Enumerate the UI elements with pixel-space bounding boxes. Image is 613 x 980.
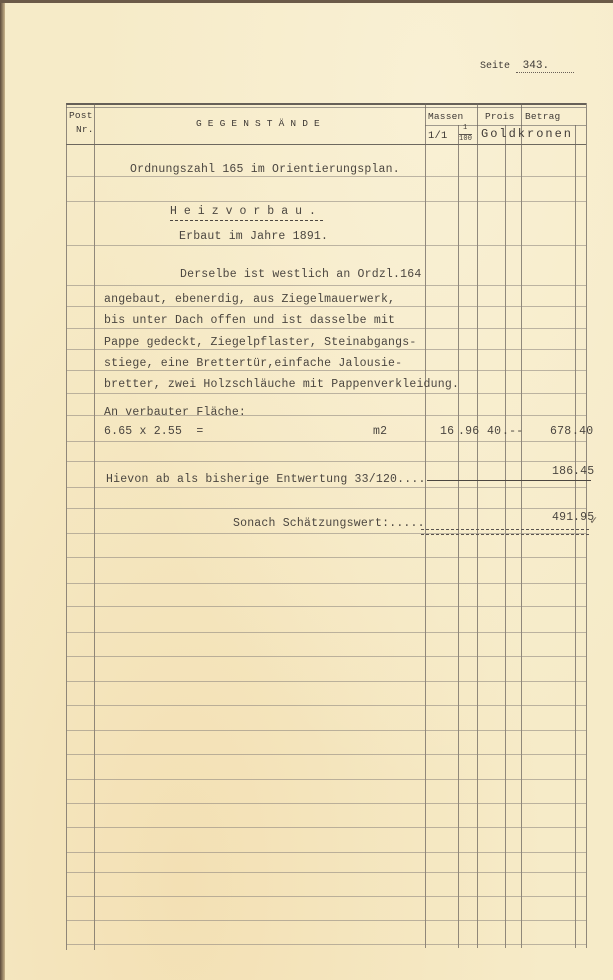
description-line-6: bretter, zwei Holzschläuche mit Pappenve… xyxy=(104,378,459,391)
rule-line xyxy=(66,896,586,897)
col-line-massen xyxy=(477,103,478,948)
amount-dec: .40 xyxy=(572,425,593,438)
rule-line xyxy=(66,306,586,307)
rule-line xyxy=(66,508,586,509)
rule-line xyxy=(66,705,586,706)
header-massen: Massen xyxy=(428,111,463,122)
rule-line xyxy=(66,349,586,350)
header-fraction-den: 100 xyxy=(459,134,472,143)
header-betrag: Betrag xyxy=(525,111,560,122)
description-line-4: Pappe gedeckt, Ziegelpflaster, Steinabga… xyxy=(104,336,416,349)
page-top-edge xyxy=(0,0,613,3)
area-label: An verbauter Fläche: xyxy=(104,406,246,419)
rule-line xyxy=(66,803,586,804)
rule-line xyxy=(66,632,586,633)
rule-line xyxy=(66,393,586,394)
col-line-items xyxy=(425,103,426,948)
rule-line xyxy=(66,370,586,371)
header-currency: Goldkronen xyxy=(481,127,573,141)
rule-line xyxy=(66,245,586,246)
rule-line xyxy=(66,201,586,202)
deduction-dec: .45 xyxy=(573,465,594,478)
rule-line xyxy=(66,754,586,755)
area-value-int: 16 xyxy=(440,425,454,438)
rule-line xyxy=(66,285,586,286)
price-int: 40 xyxy=(487,425,501,438)
total-int: 491 xyxy=(552,511,573,524)
rule-line xyxy=(66,656,586,657)
table-top-border xyxy=(66,103,586,105)
rule-line xyxy=(66,681,586,682)
rule-line xyxy=(66,583,586,584)
rule-line xyxy=(66,557,586,558)
rule-line xyxy=(66,730,586,731)
header-bottom-border xyxy=(66,144,586,145)
book-binding-edge xyxy=(0,0,5,980)
rule-line xyxy=(66,779,586,780)
col-line-right xyxy=(586,103,587,948)
col-line-preis xyxy=(521,103,522,948)
col-line-preis-split xyxy=(505,125,506,948)
header-nr: Nr. xyxy=(76,124,94,135)
area-value-dec: .96 xyxy=(458,425,479,438)
header-fraction-num: 1 xyxy=(463,124,467,132)
rule-line xyxy=(66,827,586,828)
amount-int: 678 xyxy=(550,425,571,438)
header-massen-whole: 1/1 xyxy=(428,130,448,142)
header-preis: Prois xyxy=(485,111,515,122)
col-line-betrag-split xyxy=(575,125,576,948)
rule-line xyxy=(66,852,586,853)
rule-line xyxy=(66,944,586,945)
deduction-int: 186 xyxy=(552,465,573,478)
rule-line xyxy=(66,487,586,488)
description-line-5: stiege, eine Brettertür,einfache Jalousi… xyxy=(104,357,402,370)
page-label: Seite xyxy=(480,61,510,72)
rule-line xyxy=(66,461,586,462)
area-formula: 6.65 x 2.55 = xyxy=(104,425,203,438)
col-line-massen-split xyxy=(458,125,459,948)
rule-line xyxy=(66,441,586,442)
total-label: Sonach Schätzungswert:..... xyxy=(233,517,425,530)
header-gegenstaende: G E G E N S T Ä N D E xyxy=(196,118,320,129)
checkmark-icon: ✓ xyxy=(590,513,597,528)
header-post: Post xyxy=(69,110,93,121)
page-number: Seite 343. xyxy=(480,60,574,73)
entry-title: Heizvorbau. xyxy=(170,205,323,221)
total-double-underline xyxy=(421,529,589,535)
area-unit: m2 xyxy=(373,425,387,438)
deduction-label: Hievon ab als bisherige Entwertung 33/12… xyxy=(106,473,426,486)
price-dec: .-- xyxy=(502,425,523,438)
rule-line xyxy=(66,920,586,921)
description-line-3: bis unter Dach offen und ist dasselbe mi… xyxy=(104,314,395,327)
ordinal-line: Ordnungszahl 165 im Orientierungsplan. xyxy=(130,163,400,176)
description-line-1: Derselbe ist westlich an Ordzl.164 xyxy=(180,268,421,281)
rule-line xyxy=(66,176,586,177)
rule-line xyxy=(66,328,586,329)
rule-line xyxy=(66,606,586,607)
table-top-border-inner xyxy=(66,107,586,108)
col-line-left xyxy=(66,103,67,950)
subtotal-line xyxy=(427,480,591,481)
built-year: Erbaut im Jahre 1891. xyxy=(179,230,328,243)
rule-line xyxy=(66,872,586,873)
page-number-value: 343. xyxy=(516,60,574,73)
col-line-post xyxy=(94,103,95,950)
description-line-2: angebaut, ebenerdig, aus Ziegelmauerwerk… xyxy=(104,293,395,306)
